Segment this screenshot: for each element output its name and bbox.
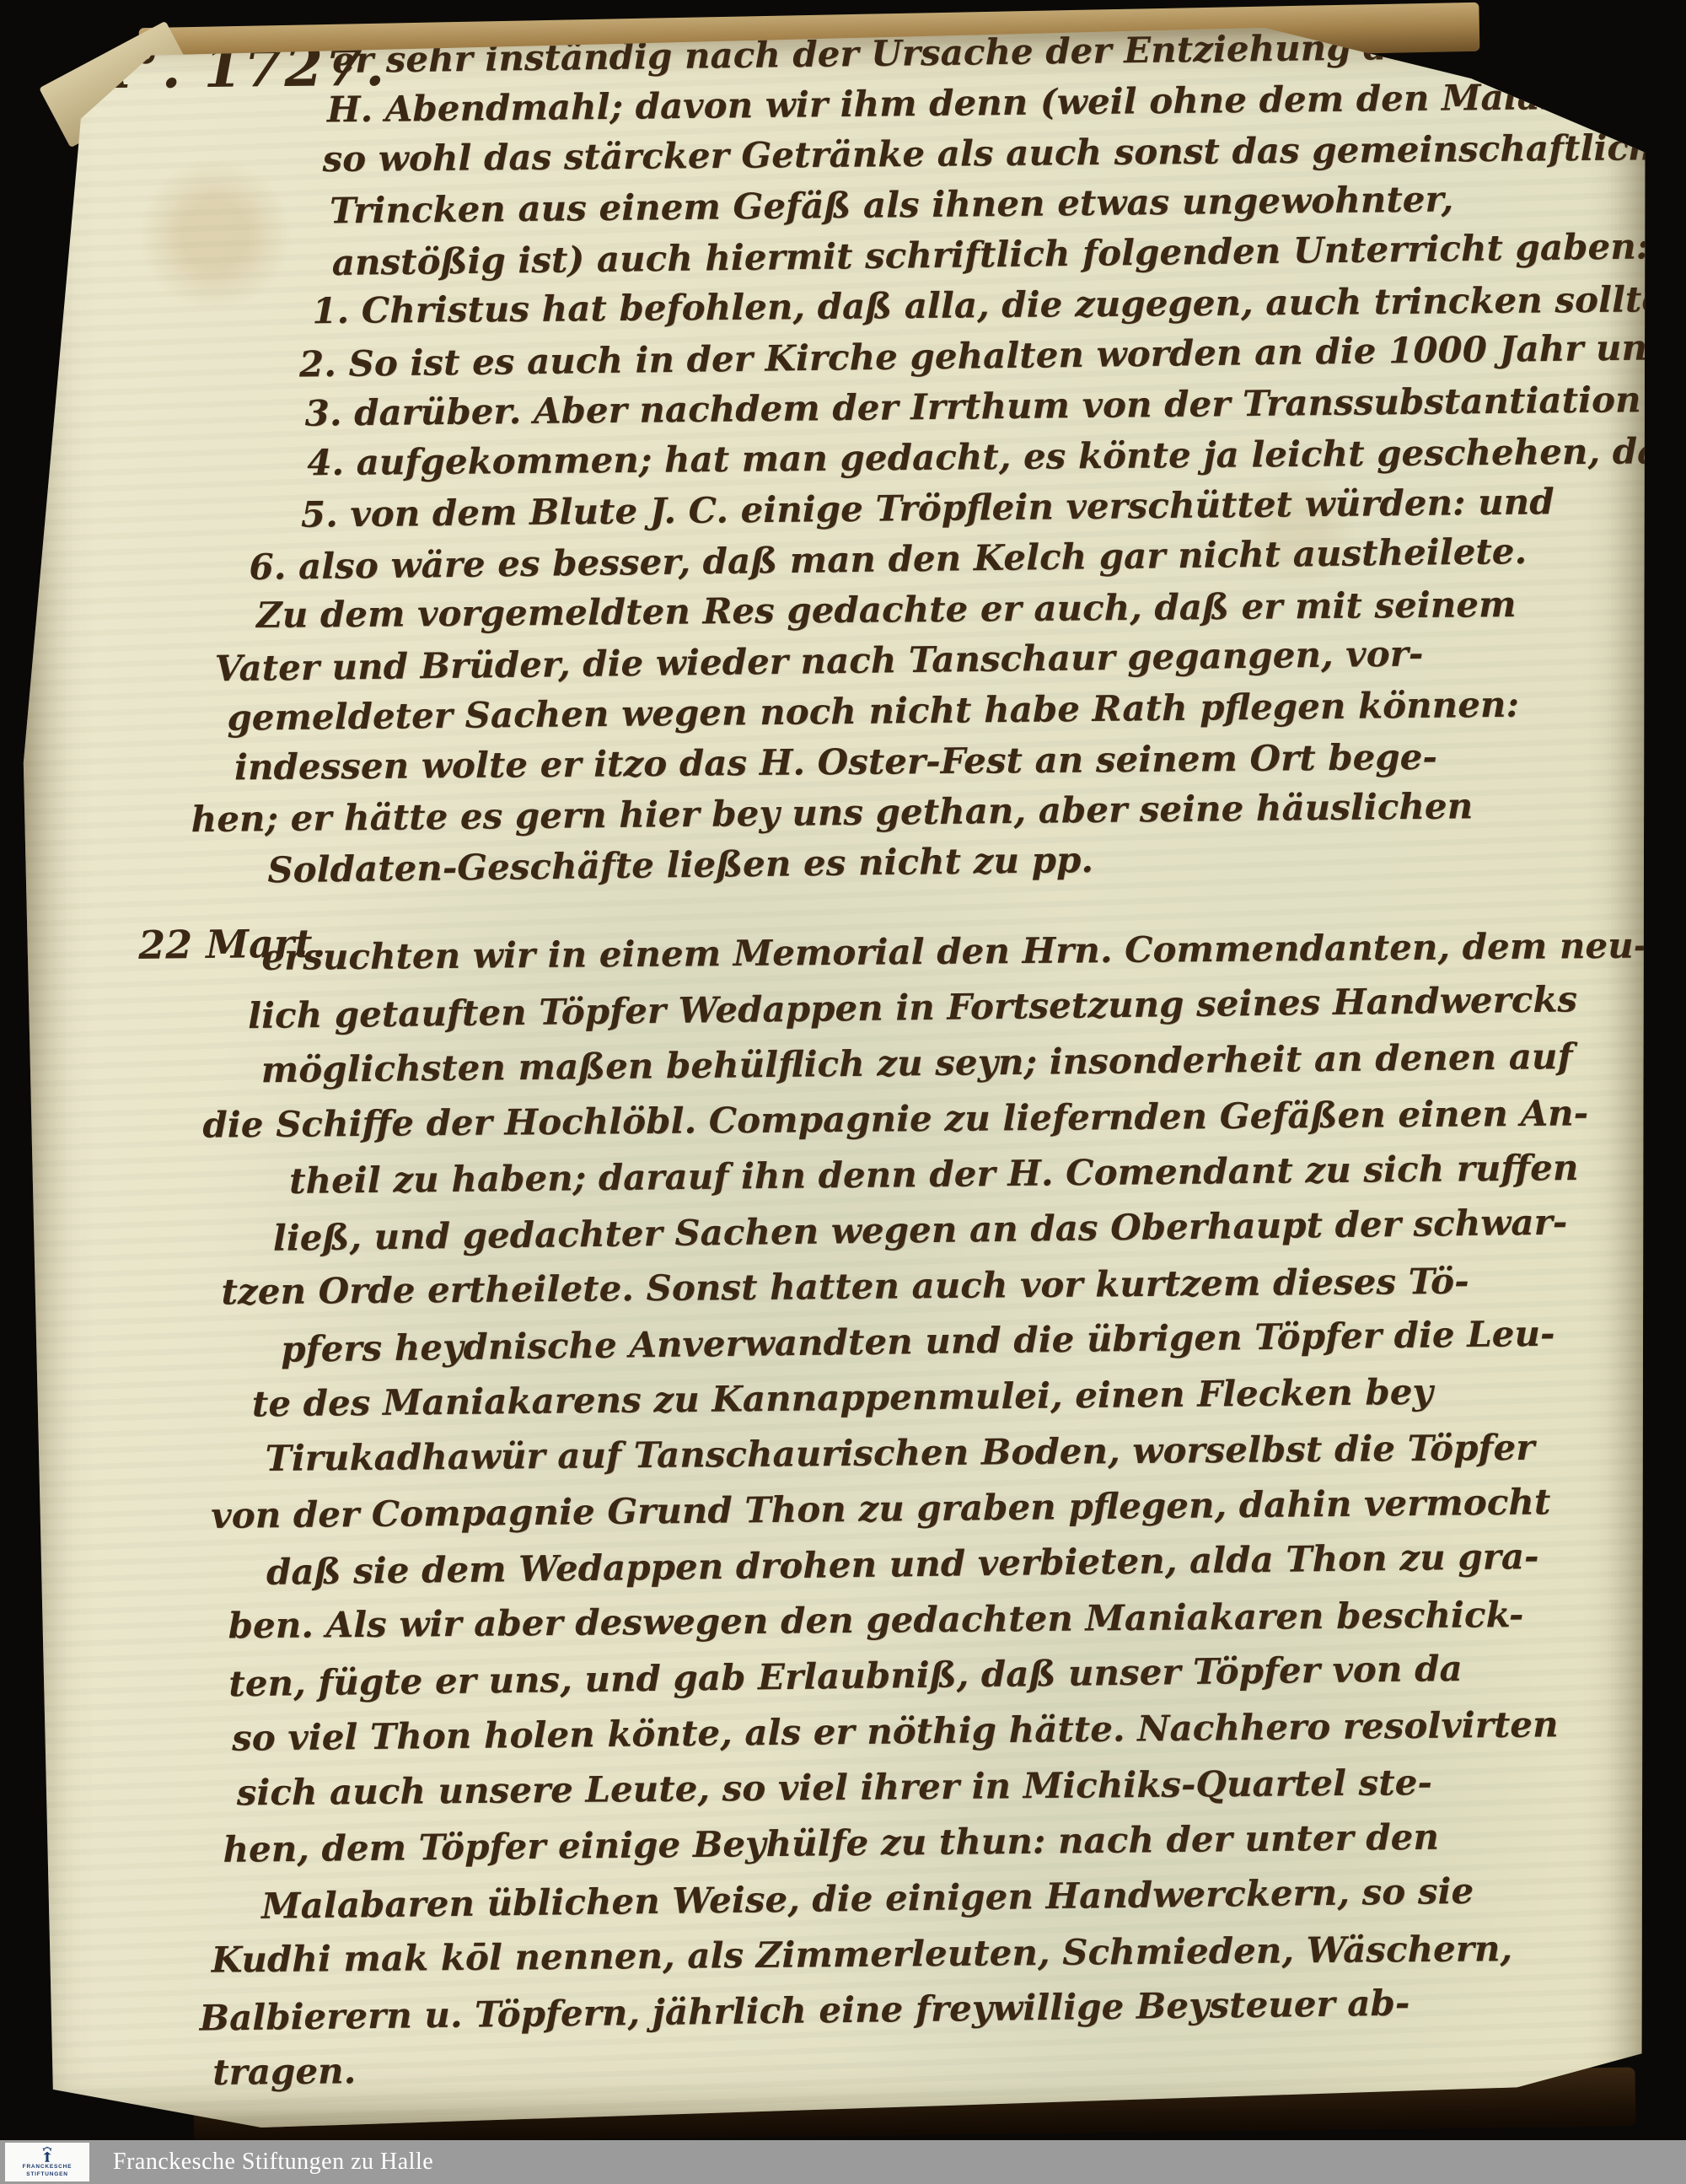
page-content: 14 A°. 1727. 22 Mart. er sehr inständig … — [18, 8, 1679, 2137]
manuscript-line: tragen. — [212, 2053, 356, 2090]
manuscript-line: daß sie dem Wedappen drohen und verbiete… — [266, 1539, 1539, 1590]
manuscript-line: sich auch unsere Leute, so viel ihrer in… — [237, 1765, 1432, 1810]
manuscript-line: von der Compagnie Grund Thon zu graben p… — [211, 1484, 1550, 1534]
manuscript-line: Malabaren üblichen Weise, die einigen Ha… — [261, 1874, 1474, 1924]
manuscript-line: so viel Thon holen könte, als er nöthig … — [232, 1707, 1559, 1756]
logo-text: FRANCKESCHE STIFTUNGEN — [23, 2164, 72, 2177]
footer-title: Franckesche Stiftungen zu Halle — [113, 2149, 433, 2176]
manuscript-line: pfers heydnische Anverwandten und die üb… — [281, 1316, 1555, 1368]
manuscript-line: Trincken aus einem Gefäß als ihnen etwas… — [330, 181, 1453, 229]
manuscript-line: ten, fügte er uns, und gab Erlaubniß, da… — [228, 1651, 1463, 1702]
francke-eagle-sun-icon — [39, 2146, 56, 2163]
manuscript-line: Vater und Brüder, die wieder nach Tansch… — [215, 636, 1424, 686]
manuscript-line: theil zu haben; darauf ihn denn der H. C… — [289, 1150, 1579, 1199]
manuscript-line: hen; er hätte es gern hier bey uns getha… — [191, 788, 1473, 837]
manuscript-line: Soldaten-Geschäfte ließen es nicht zu pp… — [267, 842, 1093, 888]
manuscript-line: 6. also wäre es besser, daß man den Kelc… — [249, 534, 1527, 585]
manuscript-line: möglichsten maßen behülflich zu seyn; in… — [261, 1039, 1573, 1088]
manuscript-page: 14 A°. 1727. 22 Mart. er sehr inständig … — [19, 24, 1658, 2136]
manuscript-line: gemeldeter Sachen wegen noch nicht habe … — [227, 687, 1519, 736]
manuscript-line: tzen Orde ertheilete. Sonst hatten auch … — [221, 1264, 1469, 1310]
manuscript-line: ersuchten wir in einem Memorial den Hrn.… — [261, 928, 1648, 976]
manuscript-line: hen, dem Töpfer einige Beyhülfe zu thun:… — [223, 1820, 1439, 1868]
manuscript-line: Zu dem vorgemeldten Res gedachte er auch… — [256, 587, 1517, 633]
manuscript-line: H. Abendmahl; davon wir ihm denn (weil o… — [327, 78, 1655, 127]
logo-text-line2: STIFTUNGEN — [26, 2171, 68, 2178]
manuscript-line: indessen wolte er itzo das H. Oster-Fest… — [234, 740, 1437, 785]
manuscript-line: 4. aufgekommen; hat man gedacht, es könt… — [307, 433, 1686, 481]
manuscript-line: ließ, und gedachter Sachen wegen an das … — [273, 1204, 1568, 1256]
manuscript-line: Tirukadhawür auf Tanschaurischen Boden, … — [265, 1430, 1534, 1477]
footer-bar: FRANCKESCHE STIFTUNGEN Franckesche Stift… — [0, 2140, 1686, 2184]
manuscript-line: ben. Als wir aber deswegen den gedachten… — [228, 1597, 1523, 1643]
manuscript-line: 1. Christus hat befohlen, daß alla, die … — [312, 282, 1686, 329]
manuscript-line: Kudhi mak kōl nennen, als Zimmerleuten, … — [212, 1931, 1513, 1977]
institution-logo: FRANCKESCHE STIFTUNGEN — [5, 2143, 89, 2181]
manuscript-text: er sehr inständig nach der Ursache der E… — [18, 8, 1679, 2137]
manuscript-line: so wohl das stärcker Getränke als auch s… — [322, 130, 1677, 177]
manuscript-line: 2. So ist es auch in der Kirche gehalten… — [299, 329, 1686, 382]
logo-text-line1: FRANCKESCHE — [23, 2164, 72, 2171]
manuscript-line: te des Maniakarens zu Kannappenmulei, ei… — [252, 1374, 1433, 1423]
viewer-canvas: 14 A°. 1727. 22 Mart. er sehr inständig … — [0, 0, 1686, 2184]
manuscript-line: 5. von dem Blute J. C. einige Tröpflein … — [301, 484, 1554, 533]
manuscript-line: 3. darüber. Aber nachdem der Irrthum von… — [304, 382, 1640, 432]
manuscript-line: lich getauften Töpfer Wedappen in Fortse… — [248, 982, 1577, 1034]
manuscript-line: die Schiffe der Hochlöbl. Compagnie zu l… — [202, 1095, 1588, 1143]
manuscript-line: anstößig ist) auch hiermit schriftlich f… — [331, 229, 1649, 281]
manuscript-line: Balbierern u. Töpfern, jährlich eine fre… — [199, 1986, 1409, 2036]
